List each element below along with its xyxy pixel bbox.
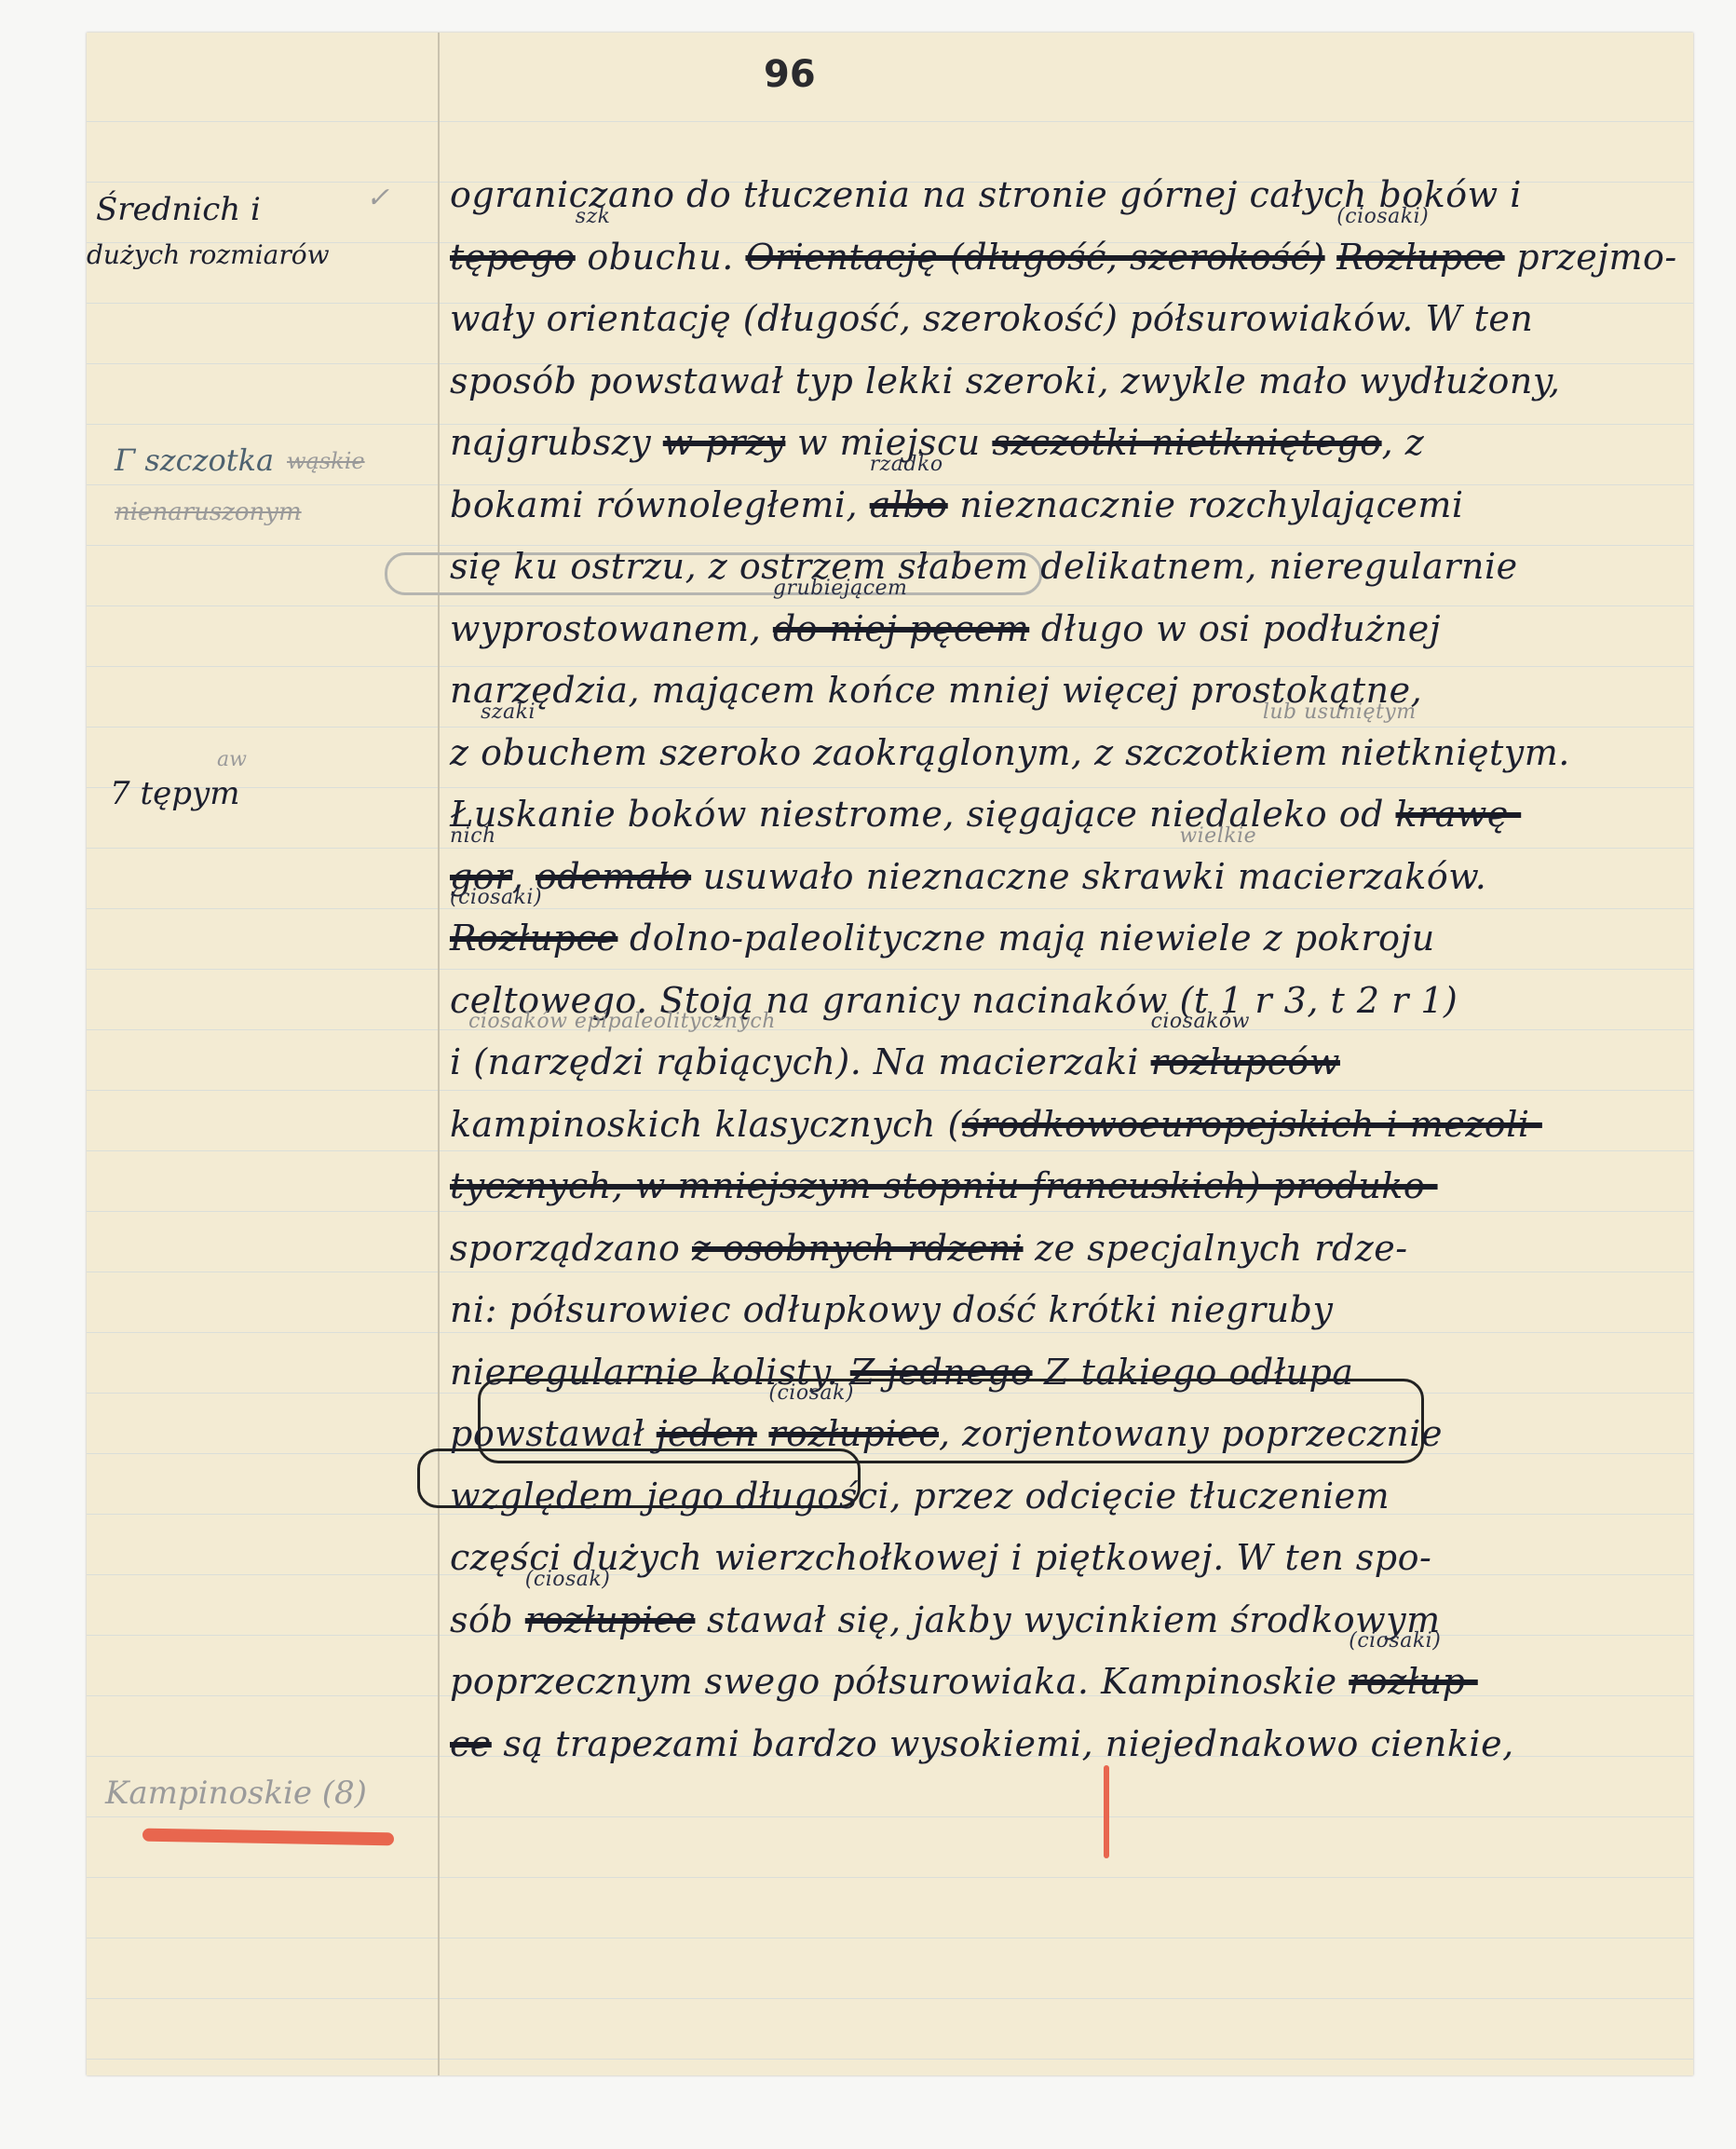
ruled-line — [87, 666, 1693, 667]
manuscript-line: Rozłupce(ciosaki) dolno-paleolityczne ma… — [450, 918, 1435, 959]
text-segment: , z — [1382, 422, 1425, 463]
text-segment: powstawał — [450, 1413, 657, 1454]
text-segment: nieznacznie rozchylającemi — [948, 484, 1464, 525]
text-segment: przejmo- — [1505, 237, 1677, 278]
manuscript-line: kampinoskich klasycznych (środkowoeurope… — [450, 1104, 1542, 1145]
manuscript-line: i (narzędzi rąbiących). Na macierzaki ro… — [450, 1041, 1340, 1082]
text-segment: obuchemszaki — [481, 732, 647, 773]
interlinear-insertion: ciosaków — [1151, 1010, 1250, 1033]
manuscript-line: tępego obuchuszk. Orientację (długość, s… — [450, 237, 1677, 278]
margin-note-nienaruszonym: nienaruszonym — [115, 498, 302, 526]
manuscript-line: powstawał jeden rozłupiec(ciosak), zorje… — [450, 1413, 1443, 1454]
pencil-insertion: ciosaków epipaleolitycznych — [468, 1010, 776, 1033]
margin-note-duzych-rozmiarow: dużych rozmiarów — [87, 239, 330, 270]
page-number: 96 — [764, 53, 816, 96]
text-segment: dolno-paleolityczne mają niewiele z pokr… — [617, 918, 1434, 959]
struck-text: rozłupiec(ciosak) — [525, 1599, 696, 1640]
text-segment: obuchuszk — [576, 237, 723, 278]
text-segment: sporządzano — [450, 1228, 692, 1269]
manuscript-line: bokami równoległemi, alborzadko nieznacz… — [450, 484, 1464, 525]
manuscript-line: sporządzano z osobnych rdzeni ze specjal… — [450, 1228, 1408, 1269]
ruled-line — [87, 1090, 1693, 1091]
manuscript-line: sób rozłupiec(ciosak) stawał się, jakby … — [450, 1599, 1441, 1640]
struck-text: w przy — [663, 422, 786, 463]
text-segment: wały orientację (długość, szerokość) pół… — [450, 298, 1533, 339]
interlinear-insertion: rzadko — [870, 453, 943, 476]
struck-text: Orientację (długość, szerokość) — [745, 237, 1324, 278]
text-segment: sób — [450, 1599, 525, 1640]
text-segment: wyprostowanem, — [450, 608, 773, 649]
interlinear-insertion: (ciosaki) — [1349, 1629, 1441, 1653]
check-mark-icon: ✓ — [366, 182, 389, 214]
manuscript-line: poprzecznym swego półsurowiaka. Kampinos… — [450, 1661, 1478, 1702]
margin-note-tepym: 7 tępym — [110, 775, 239, 812]
struck-text: ce — [450, 1723, 492, 1764]
manuscript-line: sposób powstawał typ lekki szeroki, zwyk… — [450, 360, 1560, 401]
ruled-line — [87, 969, 1693, 970]
manuscript-line: ce są trapezami bardzo wysokiemi, niejed… — [450, 1723, 1514, 1764]
text-segment: . — [722, 237, 745, 278]
margin-note-srednich: Średnich i — [96, 191, 261, 228]
text-segment: z — [450, 732, 481, 773]
struck-text: odemało — [536, 856, 691, 897]
interlinear-insertion: (ciosaki) — [450, 886, 542, 909]
text-segment: się ku ostrzu, z ostrzem słabem delikatn… — [450, 546, 1518, 587]
struck-text: z osobnych rdzeni — [692, 1228, 1024, 1269]
manuscript-line: z obuchemszaki szeroko zaokrąglonym, z s… — [450, 732, 1570, 773]
text-segment: względem jego długości, przez odcięcie t… — [450, 1476, 1390, 1517]
text-segment: są trapezami bardzo wysokiemi, niejednak… — [492, 1723, 1514, 1764]
ruled-line — [87, 1816, 1693, 1817]
manuscript-line: tycznych, w mniejszym stopniu francuskic… — [450, 1165, 1438, 1206]
struck-text: krawę- — [1396, 794, 1522, 835]
red-underline — [142, 1829, 394, 1846]
text-segment — [757, 1413, 769, 1454]
struck-text: rozłupiec(ciosak) — [768, 1413, 939, 1454]
interlinear-insertion: grubiejącem — [773, 577, 908, 600]
manuscript-line: się ku ostrzu, z ostrzem słabem delikatn… — [450, 546, 1518, 587]
struck-text: rozłup-(ciosaki) — [1349, 1661, 1478, 1702]
interlinear-insertion: (ciosak) — [768, 1381, 854, 1405]
ruled-line — [87, 1211, 1693, 1212]
text-segment: bokami równoległemi, — [450, 484, 870, 525]
ruled-line — [87, 1332, 1693, 1333]
text-segment: poprzecznym swego półsurowiaka. Kampinos… — [450, 1661, 1349, 1702]
interlinear-insertion: szaki — [481, 700, 536, 724]
text-segment: najgrubszy — [450, 422, 663, 463]
text-segment: sposób powstawał typ lekki szeroki, zwyk… — [450, 360, 1560, 401]
manuscript-line: nieregularnie kolisty. Z jednego Z takie… — [450, 1352, 1353, 1393]
struck-text: rozłupcówciosaków — [1151, 1041, 1340, 1082]
pencil-insertion: lub usuniętym — [1263, 700, 1417, 724]
red-paragraph-mark — [1104, 1765, 1109, 1858]
interlinear-insertion: (ciosaki) — [1336, 205, 1429, 228]
manuscript-page: 96 Średnich i dużych rozmiarów ✓ Γ szczo… — [87, 33, 1693, 2075]
ruled-line — [87, 908, 1693, 909]
interlinear-insertion: nich — [450, 824, 496, 848]
struck-text: Rozłupce(ciosaki) — [450, 918, 617, 959]
text-segment: ni: półsurowiec odłupkowy dość krótki ni… — [450, 1289, 1333, 1330]
struck-text: Rozłupce(ciosaki) — [1336, 237, 1504, 278]
text-segment: długo w osi podłużnej — [1029, 608, 1441, 649]
manuscript-line: ni: półsurowiec odłupkowy dość krótki ni… — [450, 1289, 1333, 1330]
ruled-line — [87, 727, 1693, 728]
manuscript-line: względem jego długości, przez odcięcie t… — [450, 1476, 1390, 1517]
struck-text: środkowoeuropejskich i mezoli- — [962, 1104, 1542, 1145]
text-segment: Z takiego odłupa — [1033, 1352, 1354, 1393]
text-segment: szeroko zaokrąglonym, z szczotkiem nietk… — [648, 732, 1570, 773]
manuscript-line: Łuskanie boków niestrome, sięgające nied… — [450, 794, 1521, 835]
ruled-line — [87, 848, 1693, 849]
text-segment: stawał się, jakby wycinkiem środkowym — [695, 1599, 1440, 1640]
pencil-insertion: wielkie — [1179, 824, 1256, 848]
interlinear-insertion: (ciosak) — [525, 1568, 611, 1591]
ruled-line — [87, 121, 1693, 122]
margin-note-waskie: wąskie — [287, 448, 365, 474]
text-segment — [1325, 237, 1337, 278]
ruled-line — [87, 1150, 1693, 1151]
manuscript-line: wały orientację (długość, szerokość) pół… — [450, 298, 1533, 339]
ruled-line — [87, 1998, 1693, 1999]
struck-text: alborzadko — [870, 484, 948, 525]
ruled-line — [87, 1877, 1693, 1878]
struck-text: do niej pęcemgrubiejącem — [773, 608, 1029, 649]
text-segment: kampinoskich klasycznych ( — [450, 1104, 962, 1145]
text-segment: usuwało nieznaczne skrawki macierzaków. — [691, 856, 1486, 897]
text-segment: i (narzędzi rąbiących). Na macierzaki — [450, 1041, 1151, 1082]
manuscript-line: gornich, odemało usuwało nieznaczne skra… — [450, 856, 1486, 897]
interlinear-insertion: szk — [576, 205, 611, 228]
ruled-line — [87, 1938, 1693, 1938]
ruled-line — [87, 1029, 1693, 1030]
margin-note-kampinoskie: Kampinoskie (8) — [105, 1775, 367, 1812]
ruled-line — [87, 1272, 1693, 1272]
struck-text: tycznych, w mniejszym stopniu francuskic… — [450, 1165, 1438, 1206]
ruled-line — [87, 787, 1693, 788]
struck-text: tępego — [450, 237, 576, 278]
ruled-line — [87, 605, 1693, 606]
ruled-line — [87, 2059, 1693, 2060]
struck-text: Z jednego — [850, 1352, 1033, 1393]
margin-note-aw: aw — [217, 748, 247, 771]
margin-line — [438, 33, 440, 2075]
struck-text: jeden — [657, 1413, 757, 1454]
text-segment: , zorjentowany poprzecznie — [939, 1413, 1443, 1454]
margin-note-szczotka: Γ szczotka — [115, 442, 274, 478]
text-segment: ze specjalnych rdze- — [1024, 1228, 1408, 1269]
struck-text: szczotki nietkniętego — [992, 422, 1381, 463]
manuscript-line: wyprostowanem, do niej pęcemgrubiejącem … — [450, 608, 1441, 649]
